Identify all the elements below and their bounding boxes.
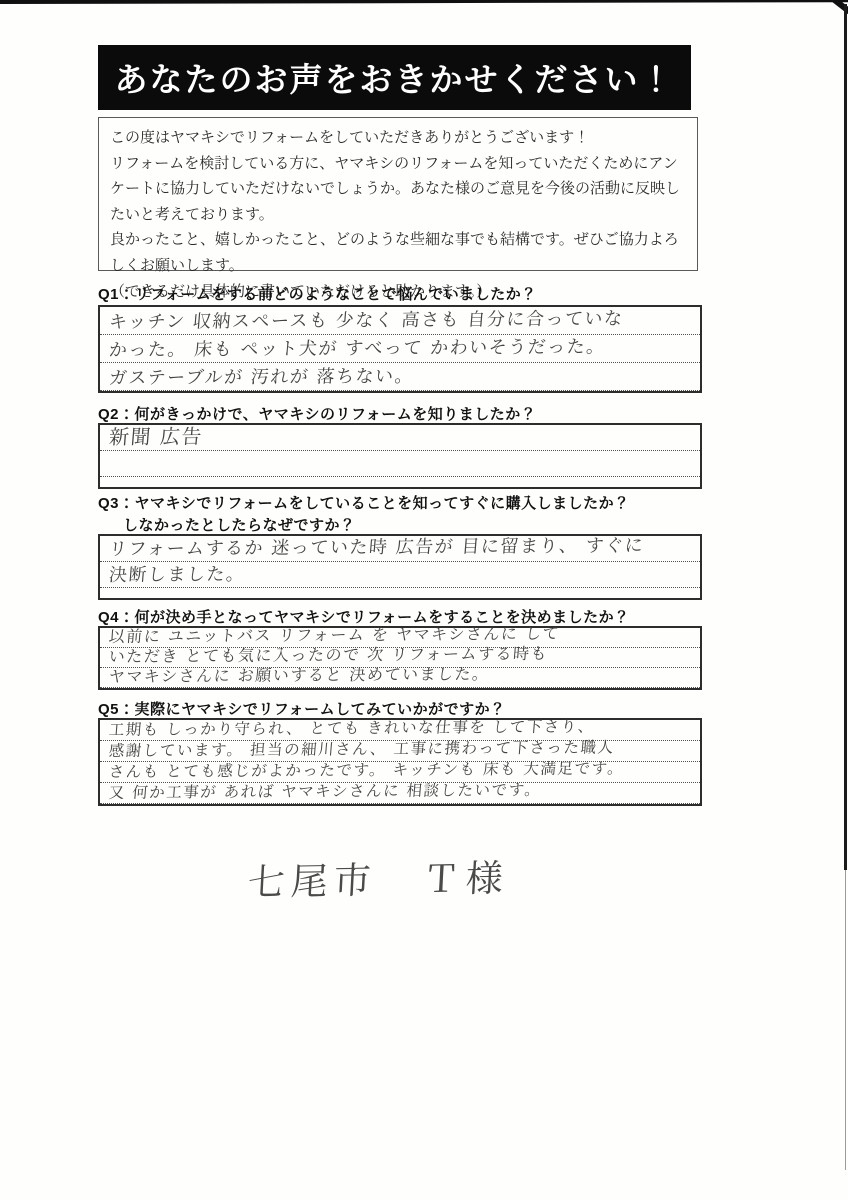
question-3-sublabel: しなかったとしたらなぜですか？	[123, 514, 356, 535]
handwritten-answer: 又 何か工事が あれば ヤマキシさんに 相談したいです。	[100, 778, 542, 803]
handwritten-answer: ガステーブルが 汚れが 落ちない。	[100, 362, 415, 390]
question-3-answer-box: リフォームするか 迷っていた時 広告が 目に留まり、 すぐに 決断しました。	[98, 534, 702, 600]
intro-line: 良かったこと、嬉しかったこと、どのような些細な事でも結構です。ぜひご協力よろしく…	[110, 227, 686, 278]
handwritten-answer: かった。 床も ペット犬が すべって かわいそうだった。	[100, 332, 607, 362]
scan-edge-top	[0, 0, 848, 4]
ruled-line: ガステーブルが 汚れが 落ちない。	[100, 363, 700, 391]
signature: 七尾市Ｔ様	[248, 848, 510, 907]
handwritten-answer: リフォームするか 迷っていた時 広告が 目に留まり、 すぐに	[100, 531, 645, 561]
handwritten-answer: さんも とても感じがよかったです。 キッチンも 床も 大満足です。	[100, 756, 625, 782]
question-2-answer-box: 新聞 広告	[98, 423, 702, 489]
ruled-line: リフォームするか 迷っていた時 広告が 目に留まり、 すぐに	[100, 536, 700, 562]
ruled-line: かった。 床も ペット犬が すべって かわいそうだった。	[100, 335, 700, 363]
question-5-answer-box: 工期も しっかり守られ、 とても きれいな仕事を して下さり、 感謝しています。…	[98, 718, 702, 806]
ruled-line: ヤマキシさんに お願いすると 決めていました。	[100, 668, 700, 688]
signature-gap	[377, 892, 423, 893]
ruled-line: キッチン 収納スペースも 少なく 高さも 自分に合っていな	[100, 307, 700, 335]
page-title: あなたのお声をおきかせください！	[115, 54, 675, 101]
title-banner: あなたのお声をおきかせください！	[98, 45, 691, 110]
question-1-answer-box: キッチン 収納スペースも 少なく 高さも 自分に合っていな かった。 床も ペッ…	[98, 305, 702, 393]
ruled-line: 決断しました。	[100, 562, 700, 588]
intro-line: リフォームを検討している方に、ヤマキシのリフォームを知っていただくためにアンケー…	[110, 151, 686, 228]
scan-edge-right	[844, 4, 847, 870]
handwritten-answer: 新聞 広告	[100, 420, 204, 450]
signature-name: Ｔ様	[422, 848, 511, 904]
question-4-answer-box: 以前に ユニットバス リフォーム を ヤマキシさんに して いただき とても気に…	[98, 626, 702, 690]
scan-edge-right-faint	[845, 870, 846, 1170]
handwritten-answer: 決断しました。	[100, 560, 247, 587]
handwritten-answer: キッチン 収納スペースも 少なく 高さも 自分に合っていな	[100, 304, 625, 334]
ruled-line: 又 何か工事が あれば ヤマキシさんに 相談したいです。	[100, 783, 700, 804]
ruled-line	[100, 451, 700, 477]
handwritten-answer: ヤマキシさんに お願いすると 決めていました。	[100, 661, 491, 687]
question-1-label: Q1：リフォームをする前どのようなことで悩んでいましたか？	[98, 283, 537, 304]
ruled-line: 新聞 広告	[100, 425, 700, 451]
signature-city: 七尾市	[247, 850, 379, 906]
intro-line: この度はヤマキシでリフォームをしていただきありがとうございます！	[110, 125, 686, 151]
survey-questionnaire-scan: あなたのお声をおきかせください！ この度はヤマキシでリフォームをしていただきあり…	[0, 0, 848, 1200]
intro-box: この度はヤマキシでリフォームをしていただきありがとうございます！ リフォームを検…	[98, 117, 698, 271]
question-3-label: Q3：ヤマキシでリフォームをしていることを知ってすぐに購入しましたか？	[98, 492, 630, 513]
